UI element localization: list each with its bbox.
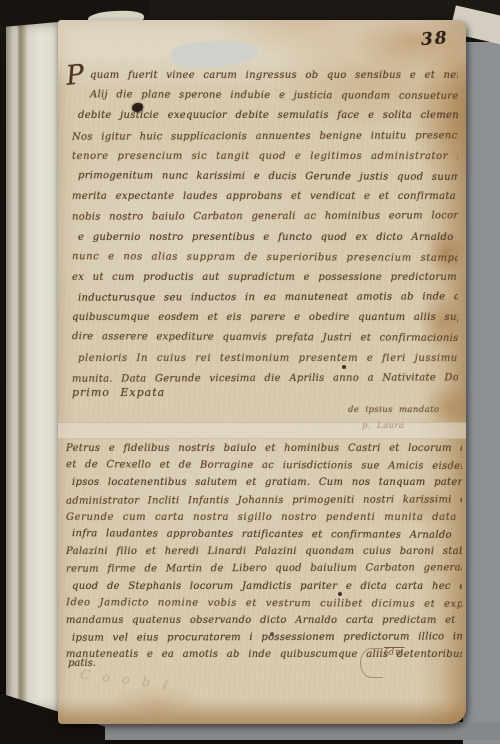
- text-line: nunc e nos alias suppram de superioribus…: [72, 247, 458, 269]
- text-line: quam fuerit vinee carum ingressus ob quo…: [72, 66, 458, 86]
- wormhole-dot: [338, 592, 342, 596]
- text-line: dire asserere expediture quamvis prefata…: [72, 328, 458, 350]
- text-line: debite justicie exequucior debite semula…: [72, 106, 458, 126]
- manuscript-photo: 38 P quam fuerit vinee carum ingressus o…: [0, 0, 500, 744]
- text-line: nobis nostro baiulo Carbaton generali ac…: [72, 207, 458, 229]
- fold-crease: [58, 422, 466, 439]
- text-block-lower: Petrus e fidelibus nostris baiulo et hom…: [66, 440, 462, 663]
- text-line: quod de Stephanis locorum Jamdictis pari…: [66, 578, 462, 595]
- text-line: ex ut cum productis aut supradictum e po…: [72, 268, 458, 288]
- text-block-upper: quam fuerit vinee carum ingressus ob quo…: [72, 66, 458, 389]
- wormhole-dot: [342, 365, 346, 369]
- text-line: Alij die plane sperone indubie e justici…: [72, 85, 458, 107]
- text-line: ipsum vel eius procuratorem i possession…: [66, 628, 462, 647]
- text-line: plenioris In cuius rei testimonium prese…: [72, 349, 458, 369]
- text-line: inducturusque seu inductos in ea manuten…: [72, 287, 458, 309]
- text-line: rerum firme de Martin de Libero quod bai…: [66, 560, 462, 579]
- text-line: administrator Incliti Infantis Johannis …: [66, 491, 462, 510]
- text-line: Ideo Jamdicto nomine vobis et vestrum cu…: [66, 594, 462, 613]
- text-line: quibuscumque eosdem et eis parere e obed…: [72, 308, 458, 328]
- folio-number: 38: [420, 28, 449, 50]
- text-line: et de Crexello et de Borragine ac iurisd…: [66, 456, 462, 475]
- text-line: Gerunde cum carta nostra sigillo nostro …: [66, 509, 462, 526]
- chancery-note-line: de ipsius mandato: [348, 402, 460, 418]
- paragraph-end-mark: ſdm: [360, 646, 420, 680]
- book-page-edges: [6, 16, 64, 720]
- ink-offset-marks: C o o b ℓ: [79, 666, 172, 693]
- flourish-bracket: [360, 648, 383, 678]
- wormhole-dot: [270, 632, 274, 636]
- text-line: e gubernio nostro presentibus e functo q…: [72, 228, 458, 248]
- manuscript-page: 38 P quam fuerit vinee carum ingressus o…: [58, 20, 466, 724]
- text-line: infra laudantes approbantes ratificantes…: [66, 525, 462, 544]
- text-line: Palazini filio et heredi Linardi Palazin…: [66, 543, 462, 560]
- dating-clause: primo Expata: [72, 386, 165, 399]
- gray-backing-card-bottom: [88, 722, 500, 740]
- gray-backing-card: [463, 42, 500, 744]
- text-line: primogenitum nunc karissimi e ducis Geru…: [72, 166, 458, 188]
- text-line: merita expectante laudes approbans et ve…: [72, 187, 458, 207]
- paper-damage-patch: [170, 39, 259, 70]
- text-line: tenore presencium sic tangit quod e legi…: [72, 147, 458, 167]
- end-mark-letters: ſdm: [384, 648, 405, 658]
- text-line: ipsos locatenentibus salutem et gratiam.…: [66, 474, 462, 491]
- text-line: Petrus e fidelibus nostris baiulo et hom…: [66, 440, 462, 457]
- text-line: mandamus quatenus observando dicto Arnal…: [66, 612, 462, 629]
- text-line: Nos igitur huic supplicacionis annuentes…: [72, 126, 458, 148]
